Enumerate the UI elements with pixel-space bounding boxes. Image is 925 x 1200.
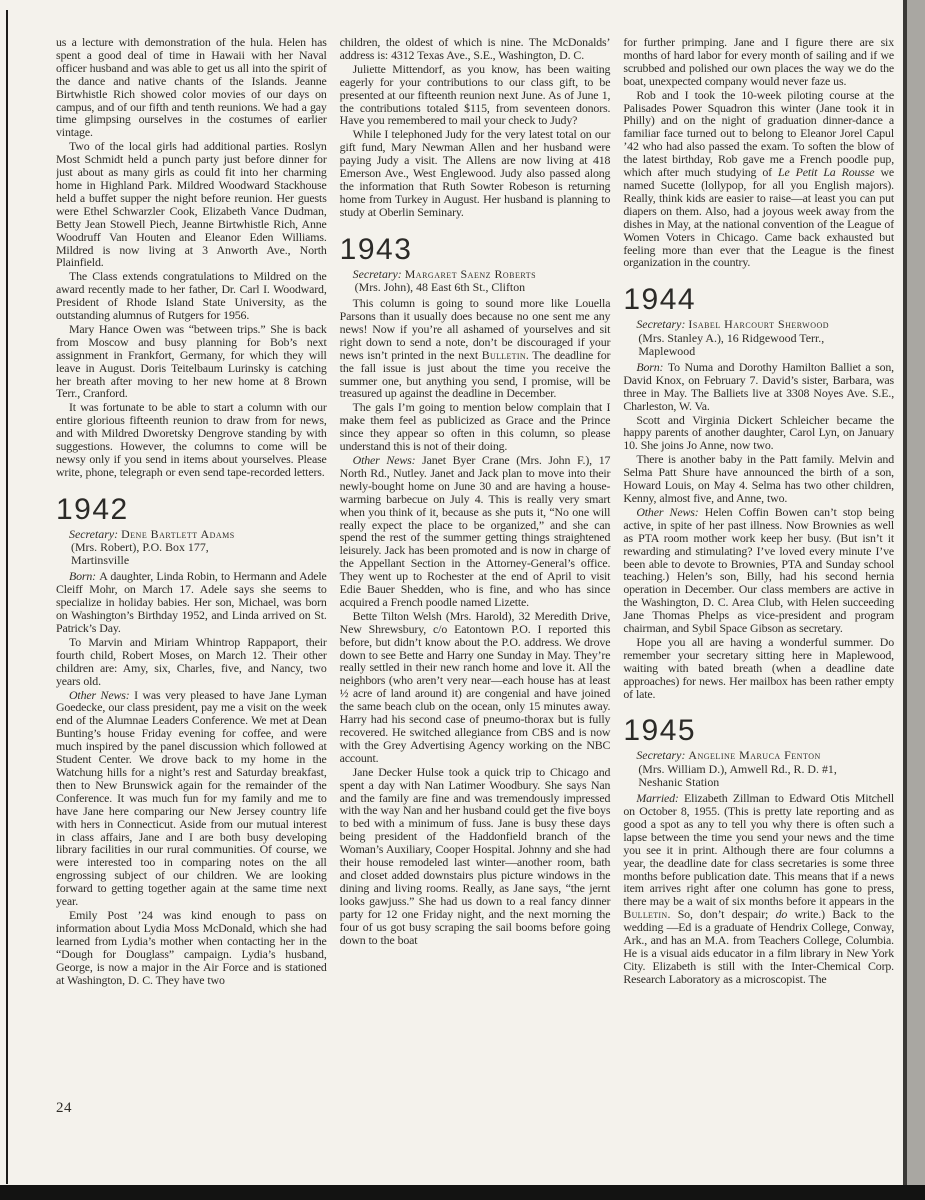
text-run: Mary Hance Owen was “between trips.” She… <box>56 322 327 401</box>
secretary-block: Secretary: Angeline Maruca Fenton(Mrs. W… <box>623 749 894 789</box>
paragraph-lead: Other News: <box>636 505 704 519</box>
paragraph: Born: To Numa and Dorothy Hamilton Balli… <box>623 361 894 413</box>
page-edge-right-margin <box>907 0 925 1200</box>
column-3: for further primping. Jane and I figure … <box>623 36 894 1178</box>
text-run: Janet Byer Crane (Mrs. John F.), 17 Nort… <box>340 453 611 609</box>
paragraph: us a lecture with demonstration of the h… <box>56 36 327 139</box>
paragraph: This column is going to sound more like … <box>340 297 611 400</box>
paragraph: Born: A daughter, Linda Robin, to Herman… <box>56 570 327 635</box>
secretary-name: Margaret Saenz Roberts <box>405 267 536 281</box>
text-run: Helen Coffin Bowen can’t stop being acti… <box>623 505 894 635</box>
paragraph: Two of the local girls had additional pa… <box>56 140 327 269</box>
year-heading: 1942 <box>56 494 327 526</box>
paragraph-lead: Born: <box>636 360 668 374</box>
secretary-address-line: Martinsville <box>69 554 327 567</box>
paragraph: Bette Tilton Welsh (Mrs. Harold), 32 Mer… <box>340 610 611 765</box>
secretary-block: Secretary: Isabel Harcourt Sherwood(Mrs.… <box>623 318 894 358</box>
text-run: It was fortunate to be able to start a c… <box>56 400 327 479</box>
secretary-name: Angeline Maruca Fenton <box>688 748 820 762</box>
paragraph: Married: Elizabeth Zillman to Edward Oti… <box>623 792 894 986</box>
text-run: do <box>776 907 788 921</box>
year-heading: 1944 <box>623 284 894 316</box>
paragraph: It was fortunate to be able to start a c… <box>56 401 327 478</box>
text-run: Hope you all are having a wonderful summ… <box>623 635 894 701</box>
secretary-address-line: (Mrs. Stanley A.), 16 Ridgewood Terr., <box>636 332 894 345</box>
paragraph: The Class extends congratulations to Mil… <box>56 270 327 322</box>
secretary-address-line: Maplewood <box>636 345 894 358</box>
text-run: The Class extends congratulations to Mil… <box>56 269 327 322</box>
paragraph: Other News: I was very pleased to have J… <box>56 689 327 908</box>
text-run: children, the oldest of which is nine. T… <box>340 36 611 62</box>
text-run: While I telephoned Judy for the very lat… <box>340 127 611 218</box>
paragraph: Juliette Mittendorf, as you know, has be… <box>340 63 611 128</box>
text-run: Two of the local girls had additional pa… <box>56 139 327 269</box>
text-run: The gals I’m going to mention below comp… <box>340 400 611 453</box>
paragraph-lead: Born: <box>69 569 99 583</box>
page-edge-bottom-bar <box>0 1185 925 1200</box>
secretary-name: Dene Bartlett Adams <box>121 527 235 541</box>
paragraph: There is another baby in the Patt family… <box>623 453 894 505</box>
text-run: we named Sucette (lollypop, for all you … <box>623 165 894 269</box>
text-run: Bette Tilton Welsh (Mrs. Harold), 32 Mer… <box>340 609 611 765</box>
secretary-line: Secretary: Margaret Saenz Roberts <box>353 268 611 281</box>
column-1: us a lecture with demonstration of the h… <box>56 36 327 1178</box>
text-run: There is another baby in the Patt family… <box>623 452 894 505</box>
secretary-block: Secretary: Dene Bartlett Adams(Mrs. Robe… <box>56 528 327 568</box>
secretary-line: Secretary: Isabel Harcourt Sherwood <box>636 318 894 331</box>
secretary-line: Secretary: Angeline Maruca Fenton <box>636 749 894 762</box>
secretary-label: Secretary: <box>353 267 405 281</box>
secretary-label: Secretary: <box>636 748 688 762</box>
paragraph: Emily Post ’24 was kind enough to pass o… <box>56 909 327 986</box>
paragraph: Rob and I took the 10-week piloting cour… <box>623 89 894 270</box>
secretary-name: Isabel Harcourt Sherwood <box>688 317 829 331</box>
secretary-label: Secretary: <box>636 317 688 331</box>
text-run: Elizabeth Zillman to Edward Otis Mitchel… <box>623 791 894 908</box>
paragraph-lead: Other News: <box>353 453 423 467</box>
paragraph: Mary Hance Owen was “between trips.” She… <box>56 323 327 400</box>
text-run: Emily Post ’24 was kind enough to pass o… <box>56 908 327 987</box>
text-run: Bulletin <box>623 907 667 921</box>
paragraph: The gals I’m going to mention below comp… <box>340 401 611 453</box>
text-run: for further primping. Jane and I figure … <box>623 36 894 88</box>
paragraph: Scott and Virginia Dickert Schleicher be… <box>623 414 894 453</box>
secretary-block: Secretary: Margaret Saenz Roberts(Mrs. J… <box>340 268 611 294</box>
page-edge-left-line <box>6 10 8 1184</box>
text-run: Juliette Mittendorf, as you know, has be… <box>340 62 611 128</box>
page-number: 24 <box>56 1100 72 1117</box>
paragraph-lead: Married: <box>636 791 684 805</box>
paragraph: While I telephoned Judy for the very lat… <box>340 128 611 218</box>
paragraph: Other News: Helen Coffin Bowen can’t sto… <box>623 506 894 635</box>
secretary-address-line: (Mrs. John), 48 East 6th St., Clifton <box>353 281 611 294</box>
page-edge-right-line <box>903 0 907 1200</box>
text-run: Scott and Virginia Dickert Schleicher be… <box>623 413 894 453</box>
secretary-address-line: (Mrs. William D.), Amwell Rd., R. D. #1, <box>636 763 894 776</box>
text-run: I was very pleased to have Jane Lyman Go… <box>56 688 327 909</box>
text-run: . So, don’t despair; <box>667 907 775 921</box>
paragraph-lead: Other News: <box>69 688 134 702</box>
text-run: Le Petit La Rousse <box>778 165 874 179</box>
paragraph: Jane Decker Hulse took a quick trip to C… <box>340 766 611 947</box>
text-run: Jane Decker Hulse took a quick trip to C… <box>340 765 611 947</box>
column-2: children, the oldest of which is nine. T… <box>340 36 611 1178</box>
year-heading: 1943 <box>340 234 611 266</box>
paragraph: Other News: Janet Byer Crane (Mrs. John … <box>340 454 611 609</box>
page-content: us a lecture with demonstration of the h… <box>56 36 894 1178</box>
paragraph: Hope you all are having a wonderful summ… <box>623 636 894 701</box>
text-run: To Marvin and Miriam Whintrop Rappaport,… <box>56 635 327 688</box>
scanned-bulletin-page: us a lecture with demonstration of the h… <box>0 0 925 1200</box>
secretary-label: Secretary: <box>69 527 121 541</box>
secretary-address-line: Neshanic Station <box>636 776 894 789</box>
paragraph: children, the oldest of which is nine. T… <box>340 36 611 62</box>
year-heading: 1945 <box>623 715 894 747</box>
paragraph: To Marvin and Miriam Whintrop Rappaport,… <box>56 636 327 688</box>
paragraph: for further primping. Jane and I figure … <box>623 36 894 88</box>
text-run: us a lecture with demonstration of the h… <box>56 36 327 139</box>
text-run: Bulletin <box>482 348 526 362</box>
